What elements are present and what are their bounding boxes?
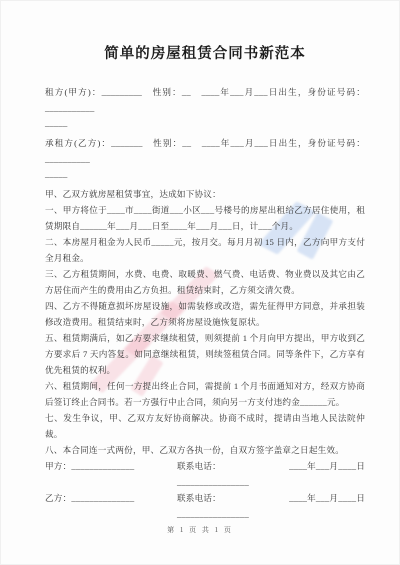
intro-line: 甲、乙双方就房屋租赁事宜，达成如下协议： [45, 186, 365, 202]
parties-section: 租方(甲方)：_________ 性别：__ ____年___月___日出生，身… [45, 84, 365, 181]
party-lessee-line: 承租方(乙方)：_______ 性别：__ ____年___月___日出生，身份… [45, 135, 365, 167]
party-a-date-blank: ____年___月____日 [289, 458, 365, 474]
page-number: 第 1 页 共 1 页 [0, 525, 400, 535]
party-lessee-continuation: _____ [45, 167, 365, 181]
doc-title: 简单的房屋租赁合同书新范本 [45, 46, 365, 62]
party-lessor-line: 租方(甲方)：_________ 性别：__ ____年___月___日出生，身… [45, 84, 365, 116]
clause-3: 三、乙方租赁期间，水费、电费、取暖费、燃气费、电话费、物业费以及其它由乙方居住而… [45, 266, 365, 298]
signature-row-party-b: 乙方：______________ 联系电话：________________ … [45, 490, 365, 522]
clause-2: 二、本房屋月租金为人民币_____元，按月交。每月月初 15 日内，乙方向甲方支… [45, 234, 365, 266]
contract-page: 简单的房屋租赁合同书新范本 租方(甲方)：_________ 性别：__ ___… [0, 0, 400, 565]
party-a-name-blank: 甲方：______________ [45, 458, 177, 474]
party-b-date-blank: ____年___月____日 [289, 490, 365, 506]
clause-1: 一、甲方将位于____市____街道___小区___号楼号的房屋出租给乙方居住使… [45, 202, 365, 234]
clause-4: 四、乙方不得随意损坏房屋设施，如需装修或改造，需先征得甲方同意，并承担装修改造费… [45, 298, 365, 330]
party-a-phone-blank: 联系电话：________________ [177, 458, 289, 490]
clause-7: 七、发生争议，甲、乙双方友好协商解决。协商不成时，提请由当地人民法院仲裁。 [45, 410, 365, 442]
clause-8: 八、本合同连一式两份，甲、乙双方各执一份，自双方签字盖章之日起生效。 [45, 442, 365, 458]
signatures-section: 甲方：______________ 联系电话：________________ … [45, 458, 365, 522]
clause-5: 五、租赁期满后，如乙方要求继续租赁，则须提前 1 个月向甲方提出，甲方收到乙方要… [45, 330, 365, 378]
party-b-phone-blank: 联系电话：________________ [177, 490, 289, 522]
clause-6: 六、租赁期间，任何一方提出终止合同，需提前 1 个月书面通知对方，经双方协商后签… [45, 378, 365, 410]
clauses-section: 一、甲方将位于____市____街道___小区___号楼号的房屋出租给乙方居住使… [45, 202, 365, 458]
party-b-name-blank: 乙方：______________ [45, 490, 177, 506]
party-lessor-continuation: _____ [45, 116, 365, 130]
signature-row-party-a: 甲方：______________ 联系电话：________________ … [45, 458, 365, 490]
